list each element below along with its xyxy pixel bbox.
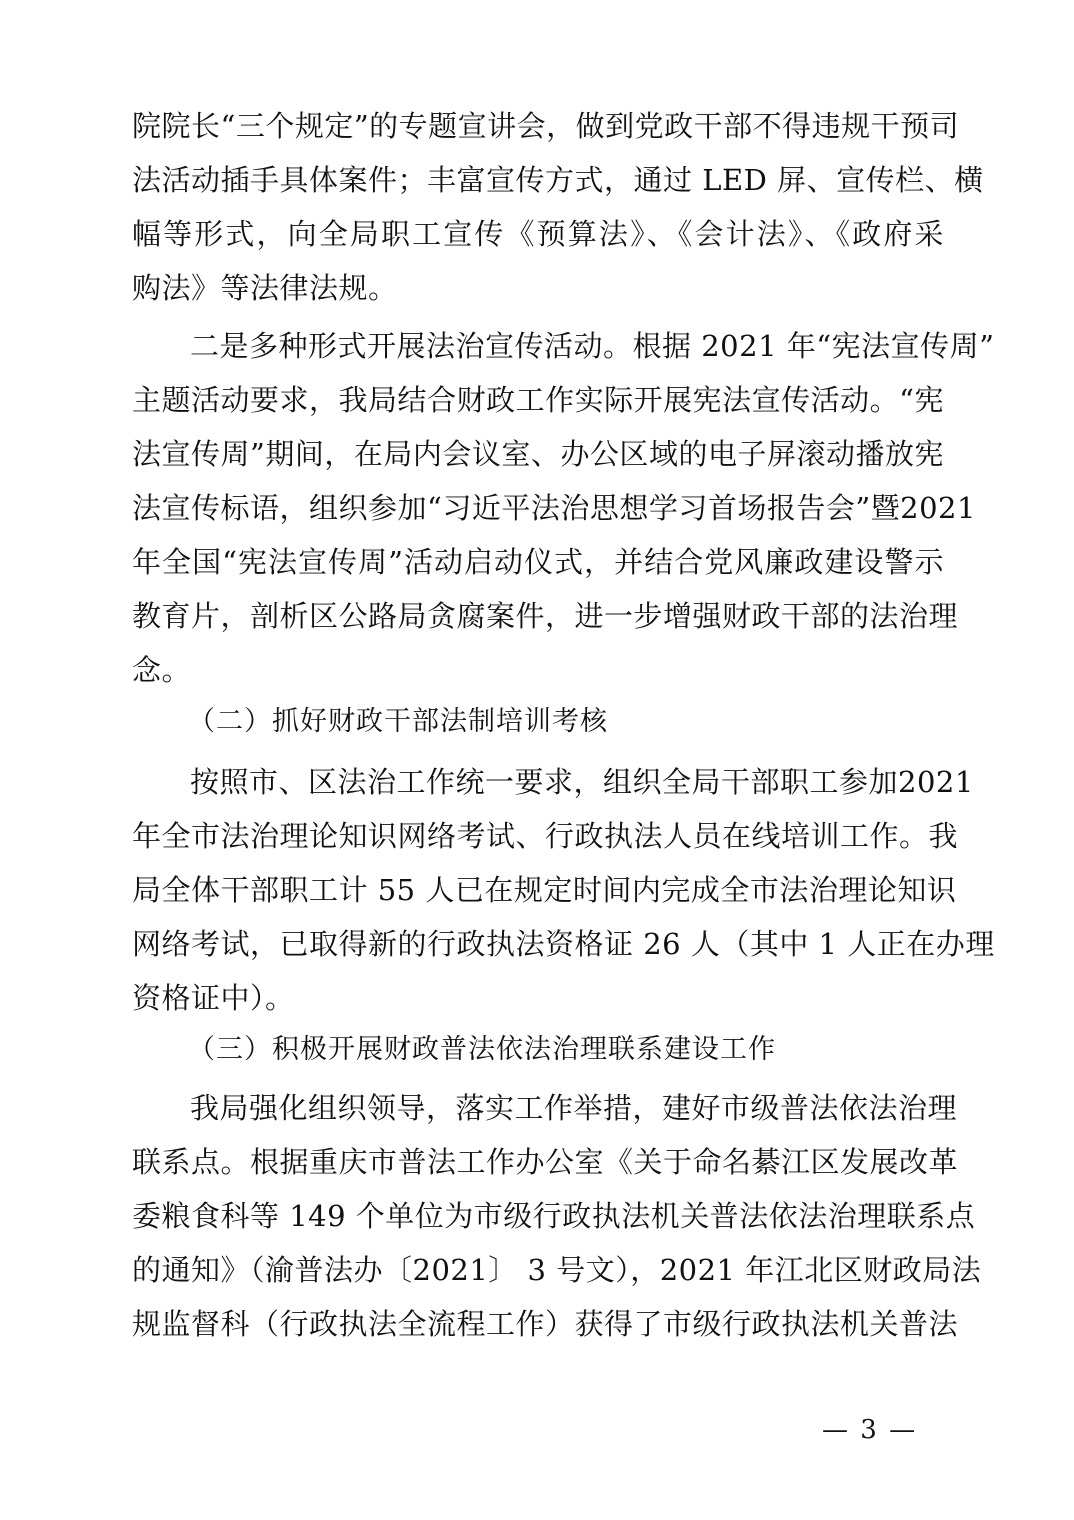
paragraph-4-line-1: 我局强化组织领导，落实工作举措，建好市级普法依法治理	[190, 1088, 944, 1128]
paragraph-3-line-3: 局全体干部职工计 55 人已在规定时间内完成全市法治理论知识	[132, 870, 944, 910]
paragraph-2-line-1: 二是多种形式开展法治宣传活动。根据 2021 年“宪法宣传周”	[190, 326, 944, 366]
paragraph-1-line-2: 法活动插手具体案件；丰富宣传方式，通过 LED 屏、宣传栏、横	[132, 160, 944, 200]
paragraph-3-line-2: 年全市法治理论知识网络考试、行政执法人员在线培训工作。我	[132, 816, 944, 856]
paragraph-2-line-7: 念。	[132, 650, 944, 690]
paragraph-4-line-2: 联系点。根据重庆市普法工作办公室《关于命名綦江区发展改革	[132, 1142, 944, 1182]
paragraph-1-line-3: 幅等形式，向全局职工宣传《预算法》、《会计法》、《政府采	[132, 214, 944, 254]
paragraph-3-line-1: 按照市、区法治工作统一要求，组织全局干部职工参加2021	[190, 762, 944, 802]
section-heading-3: （三）积极开展财政普法依法治理联系建设工作	[188, 1030, 776, 1070]
paragraph-4-line-4: 的通知》（渝普法办〔2021〕 3 号文），2021 年江北区财政局法	[132, 1250, 944, 1290]
paragraph-2-line-6: 教育片，剖析区公路局贪腐案件，进一步增强财政干部的法治理	[132, 596, 944, 636]
paragraph-4-line-5: 规监督科（行政执法全流程工作）获得了市级行政执法机关普法	[132, 1304, 944, 1344]
paragraph-2-line-5: 年全国“宪法宣传周”活动启动仪式，并结合党风廉政建设警示	[132, 542, 944, 582]
paragraph-3-line-5: 资格证中）。	[132, 978, 944, 1018]
paragraph-1-line-1: 院院长“三个规定”的专题宣讲会，做到党政干部不得违规干预司	[132, 106, 944, 146]
document-page: 院院长“三个规定”的专题宣讲会，做到党政干部不得违规干预司 法活动插手具体案件；…	[0, 0, 1074, 1520]
paragraph-2-line-3: 法宣传周”期间，在局内会议室、办公区域的电子屏滚动播放宪	[132, 434, 944, 474]
section-heading-2: （二）抓好财政干部法制培训考核	[188, 702, 608, 742]
paragraph-2-line-2: 主题活动要求，我局结合财政工作实际开展宪法宣传活动。“宪	[132, 380, 944, 420]
paragraph-1-line-4: 购法》等法律法规。	[132, 268, 944, 308]
paragraph-4-line-3: 委粮食科等 149 个单位为市级行政执法机关普法依法治理联系点	[132, 1196, 944, 1236]
paragraph-2-line-4: 法宣传标语，组织参加“习近平法治思想学习首场报告会”暨2021	[132, 488, 944, 528]
page-number: — 3 —	[822, 1410, 917, 1450]
paragraph-3-line-4: 网络考试，已取得新的行政执法资格证 26 人（其中 1 人正在办理	[132, 924, 944, 964]
